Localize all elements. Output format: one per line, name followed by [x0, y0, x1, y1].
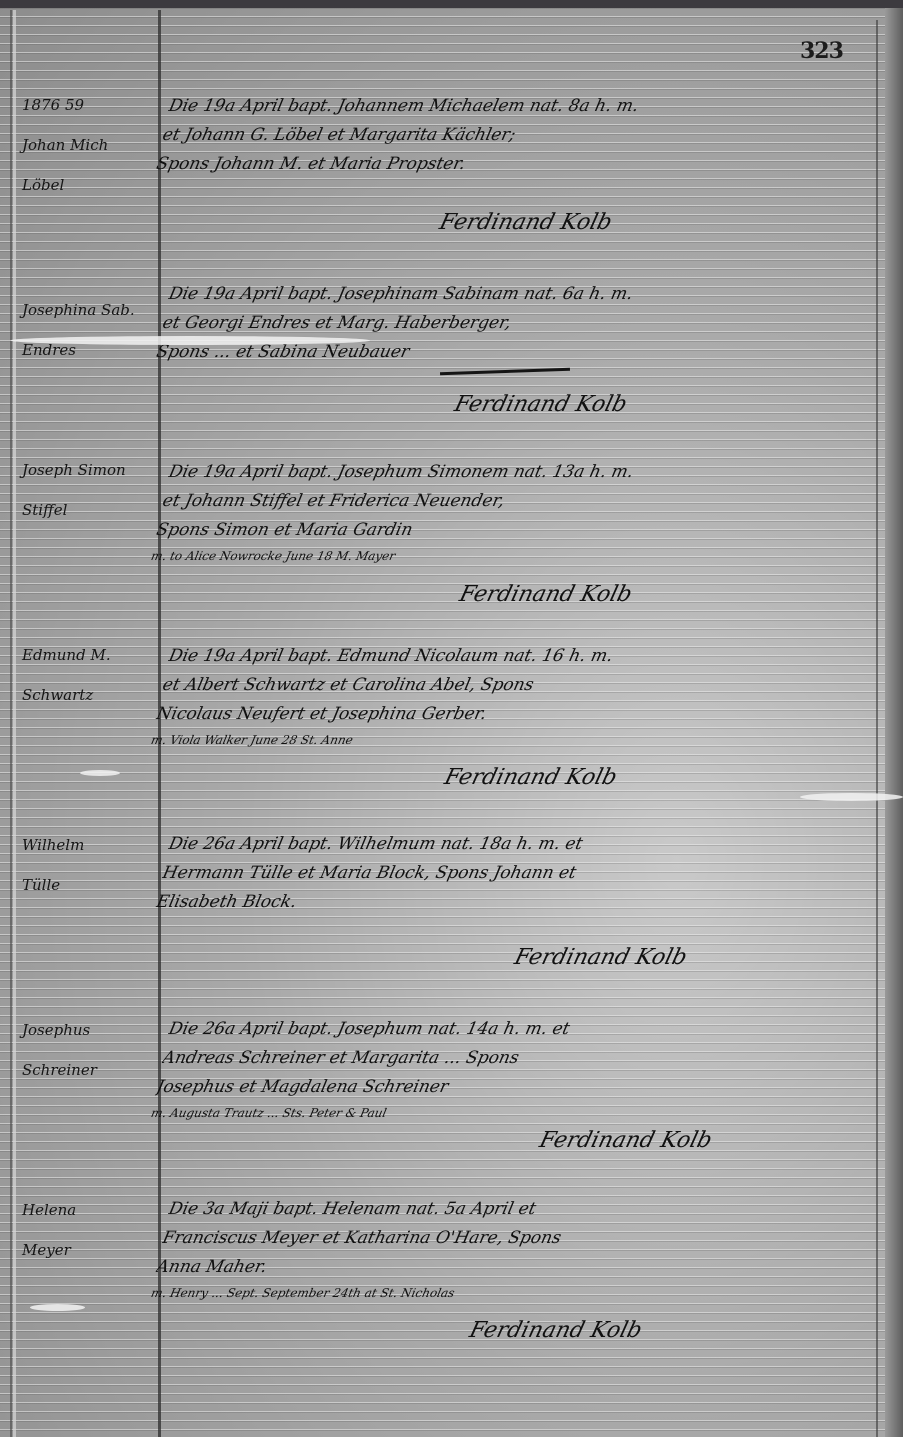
paper-tear	[30, 1304, 85, 1311]
margin-surname: Stiffel	[22, 490, 152, 530]
marriage-annotation: m. Augusta Trautz ... Sts. Peter & Paul	[149, 1102, 859, 1124]
entry-line: Die 26a April bapt. Wilhelmum nat. 18a h…	[166, 830, 877, 859]
pen-stroke	[440, 368, 570, 376]
margin-name: Helena Meyer	[22, 1190, 152, 1270]
paper-tear	[10, 336, 370, 345]
scan-top-edge	[0, 0, 903, 8]
scan-right-edge	[885, 8, 903, 1437]
register-page: 323 1876 59 Johan Mich Löbel Die 19a Apr…	[0, 0, 903, 1437]
entry-line: Die 19a April bapt. Johannem Michaelem n…	[166, 92, 877, 121]
margin-name: Edmund M. Schwartz	[22, 635, 152, 715]
entry-line: Spons Johann M. et Maria Propster.	[154, 150, 865, 179]
signature: Ferdinand Kolb	[442, 765, 620, 790]
margin-surname: Schreiner	[22, 1050, 152, 1090]
margin-surname: Tülle	[22, 865, 152, 905]
margin-given-name: Wilhelm	[22, 825, 152, 865]
margin-rule-outer	[10, 10, 12, 1437]
signature: Ferdinand Kolb	[512, 945, 690, 970]
entry-line: Die 19a April bapt. Josephinam Sabinam n…	[166, 280, 877, 309]
entry-text: Die 3a Maji bapt. Helenam nat. 5a April …	[149, 1195, 877, 1304]
margin-name: Wilhelm Tülle	[22, 825, 152, 905]
signature: Ferdinand Kolb	[452, 392, 630, 417]
paper-tear	[800, 793, 903, 801]
margin-given-name: Joseph Simon	[22, 450, 152, 490]
signature: Ferdinand Kolb	[457, 582, 635, 607]
signature: Ferdinand Kolb	[437, 210, 615, 235]
margin-surname: Meyer	[22, 1230, 152, 1270]
signature: Ferdinand Kolb	[467, 1318, 645, 1343]
entry-line: et Albert Schwartz et Carolina Abel, Spo…	[160, 671, 871, 700]
paper-tear	[80, 770, 120, 776]
margin-year: 1876 59	[22, 85, 152, 125]
margin-given-name: Johan Mich	[22, 125, 152, 165]
entry-line: Hermann Tülle et Maria Block, Spons Joha…	[160, 859, 871, 888]
entry-text: Die 19a April bapt. Josephum Simonem nat…	[149, 458, 877, 567]
entry-line: Elisabeth Block.	[154, 888, 865, 917]
margin-given-name: Josephina Sab.	[22, 290, 152, 330]
margin-name: 1876 59 Johan Mich Löbel	[22, 85, 152, 205]
entry-line: Die 19a April bapt. Josephum Simonem nat…	[166, 458, 877, 487]
entry-line: Nicolaus Neufert et Josephina Gerber.	[154, 700, 865, 729]
entry-line: et Georgi Endres et Marg. Haberberger,	[160, 309, 871, 338]
margin-name: Joseph Simon Stiffel	[22, 450, 152, 530]
margin-name: Josephina Sab. Endres	[22, 290, 152, 370]
entry-line: Franciscus Meyer et Katharina O'Hare, Sp…	[160, 1224, 871, 1253]
entry-line: Die 19a April bapt. Edmund Nicolaum nat.…	[166, 642, 877, 671]
margin-surname: Löbel	[22, 165, 152, 205]
margin-rule	[13, 10, 16, 1437]
margin-surname: Schwartz	[22, 675, 152, 715]
right-rule	[876, 20, 878, 1437]
marriage-annotation: m. Viola Walker June 28 St. Anne	[149, 729, 859, 751]
entry-line: Die 26a April bapt. Josephum nat. 14a h.…	[166, 1015, 877, 1044]
entry-text: Die 19a April bapt. Josephinam Sabinam n…	[154, 280, 877, 367]
margin-name: Josephus Schreiner	[22, 1010, 152, 1090]
entry-line: Andreas Schreiner et Margarita ... Spons	[160, 1044, 871, 1073]
entry-line: et Johann G. Löbel et Margarita Kächler;	[160, 121, 871, 150]
entry-line: Anna Maher.	[154, 1253, 865, 1282]
entry-text: Die 19a April bapt. Johannem Michaelem n…	[154, 92, 877, 179]
marriage-annotation: m. to Alice Nowrocke June 18 M. Mayer	[149, 545, 859, 567]
marriage-annotation: m. Henry ... Sept. September 24th at St.…	[149, 1282, 859, 1304]
margin-given-name: Edmund M.	[22, 635, 152, 675]
entry-line: et Johann Stiffel et Friderica Neuender,	[160, 487, 871, 516]
entry-text: Die 19a April bapt. Edmund Nicolaum nat.…	[149, 642, 877, 751]
signature: Ferdinand Kolb	[537, 1128, 715, 1153]
page-number: 323	[800, 38, 843, 64]
margin-given-name: Josephus	[22, 1010, 152, 1050]
entry-line: Die 3a Maji bapt. Helenam nat. 5a April …	[166, 1195, 877, 1224]
margin-given-name: Helena	[22, 1190, 152, 1230]
entry-line: Josephus et Magdalena Schreiner	[154, 1073, 865, 1102]
entry-text: Die 26a April bapt. Wilhelmum nat. 18a h…	[154, 830, 877, 917]
entry-text: Die 26a April bapt. Josephum nat. 14a h.…	[149, 1015, 877, 1124]
entry-line: Spons Simon et Maria Gardin	[154, 516, 865, 545]
